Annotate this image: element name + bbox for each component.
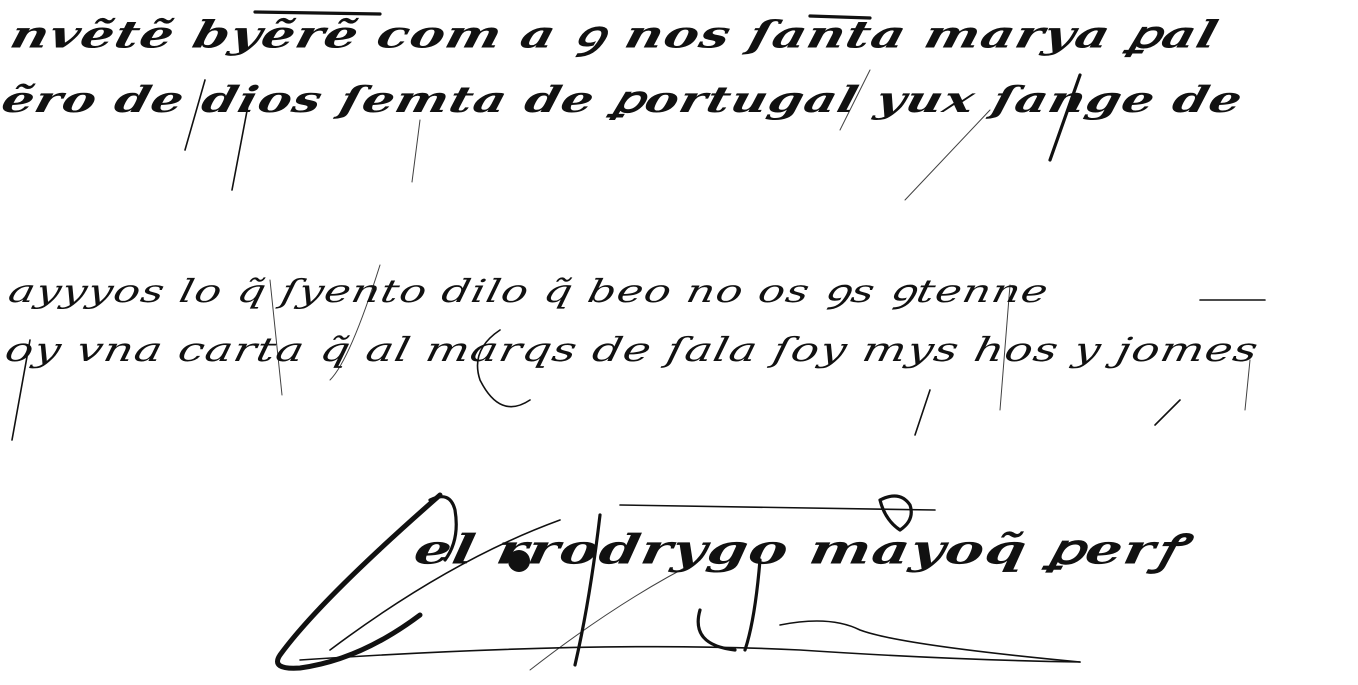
pen-strokes [0, 0, 1358, 685]
manuscript-page: nvẽtẽ byẽrẽ com a ꝯ nos ſanta marya ꝑal … [0, 0, 1358, 685]
